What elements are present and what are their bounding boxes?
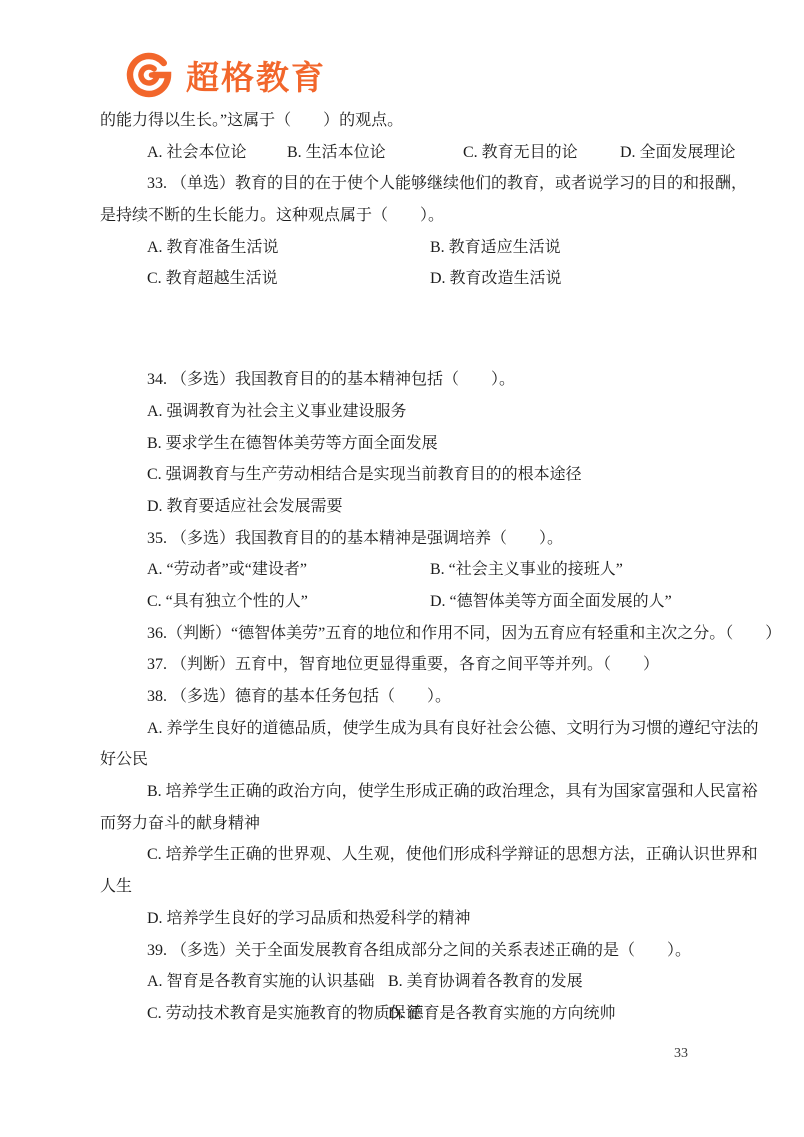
option-b: B. 教育适应生活说	[430, 232, 561, 264]
question-33-stem-line-1: 33. （单选）教育的目的在于使个人能够继续他们的教育，或者说学习的目的和报酬，	[100, 168, 704, 200]
question-38-option-c-line-2: 人生	[100, 871, 704, 903]
questions-content: 的能力得以生长。”这属于（ ）的观点。 A. 社会本位论 B. 生活本位论 C.…	[100, 105, 704, 1030]
question-36-stem: 36.（判断）“德智体美劳”五育的地位和作用不同，因为五育应有轻重和主次之分。（…	[100, 618, 704, 650]
question-33-options-row-2: C. 教育超越生活说 D. 教育改造生活说	[100, 263, 704, 295]
carryover-options-row: A. 社会本位论 B. 生活本位论 C. 教育无目的论 D. 全面发展理论	[100, 137, 704, 169]
option-d: D. 教育改造生活说	[430, 263, 562, 295]
option-d: D. 全面发展理论	[620, 137, 736, 169]
question-38-stem: 38. （多选）德育的基本任务包括（ ）。	[100, 681, 704, 713]
question-39-options-row-1: A. 智育是各教育实施的认识基础 B. 美育协调着各教育的发展	[100, 966, 704, 998]
question-38-option-c-line-1: C. 培养学生正确的世界观、人生观，使他们形成科学辩证的思想方法，正确认识世界和	[100, 839, 704, 871]
question-33-options-row-1: A. 教育准备生活说 B. 教育适应生活说	[100, 232, 704, 264]
question-35-stem: 35. （多选）我国教育目的的基本精神是强调培养（ ）。	[100, 523, 704, 555]
question-38-option-b-line-1: B. 培养学生正确的政治方向，使学生形成正确的政治理念，具有为国家富强和人民富裕	[100, 776, 704, 808]
question-34-option-a: A. 强调教育为社会主义事业建设服务	[100, 396, 704, 428]
option-c: C. 教育超越生活说	[147, 263, 278, 295]
question-38-option-b-line-2: 而努力奋斗的献身精神	[100, 808, 704, 840]
question-38-option-a-line-1: A. 养学生良好的道德品质，使学生成为具有良好社会公德、文明行为习惯的遵纪守法的	[100, 713, 704, 745]
option-d: D. “德智体美等方面全面发展的人”	[430, 586, 672, 618]
question-39-stem: 39. （多选）关于全面发展教育各组成部分之间的关系表述正确的是（ ）。	[100, 935, 704, 967]
option-a: A. 社会本位论	[147, 137, 247, 169]
question-37-stem: 37. （判断）五育中，智育地位更显得重要，各育之间平等并列。（ ）	[100, 649, 704, 681]
question-35-options-row-1: A. “劳动者”或“建设者” B. “社会主义事业的接班人”	[100, 554, 704, 586]
option-a: A. 教育准备生活说	[147, 232, 279, 264]
question-34-option-c: C. 强调教育与生产劳动相结合是实现当前教育目的的根本途径	[100, 459, 704, 491]
option-b: B. 美育协调着各教育的发展	[388, 966, 583, 998]
option-b: B. “社会主义事业的接班人”	[430, 554, 623, 586]
option-c: C. “具有独立个性的人”	[147, 586, 308, 618]
carryover-text-line: 的能力得以生长。”这属于（ ）的观点。	[100, 105, 704, 137]
worksheet-page: 超格教育 的能力得以生长。”这属于（ ）的观点。 A. 社会本位论 B. 生活本…	[0, 0, 804, 1137]
question-35-options-row-2: C. “具有独立个性的人” D. “德智体美等方面全面发展的人”	[100, 586, 704, 618]
question-38-option-d: D. 培养学生良好的学习品质和热爱科学的精神	[100, 903, 704, 935]
brand-logo-text: 超格教育	[186, 52, 326, 99]
question-34-stem: 34. （多选）我国教育目的的基本精神包括（ ）。	[100, 364, 704, 396]
brand-g-icon	[124, 50, 174, 100]
brand-logo: 超格教育	[124, 50, 326, 100]
option-c: C. 劳动技术教育是实施教育的物质保证	[147, 998, 422, 1030]
question-33-stem-line-2: 是持续不断的生长能力。这种观点属于（ ）。	[100, 200, 704, 232]
question-34-option-d: D. 教育要适应社会发展需要	[100, 491, 704, 523]
option-d: D. 德育是各教育实施的方向统帅	[388, 998, 616, 1030]
question-34-option-b: B. 要求学生在德智体美劳等方面全面发展	[100, 428, 704, 460]
page-number: 33	[674, 1046, 688, 1062]
option-a: A. “劳动者”或“建设者”	[147, 554, 307, 586]
question-38-option-a-line-2: 好公民	[100, 744, 704, 776]
blank-gap	[100, 295, 704, 364]
question-39-options-row-2: C. 劳动技术教育是实施教育的物质保证 D. 德育是各教育实施的方向统帅	[100, 998, 704, 1030]
option-c: C. 教育无目的论	[463, 137, 578, 169]
option-a: A. 智育是各教育实施的认识基础	[147, 966, 375, 998]
option-b: B. 生活本位论	[287, 137, 386, 169]
